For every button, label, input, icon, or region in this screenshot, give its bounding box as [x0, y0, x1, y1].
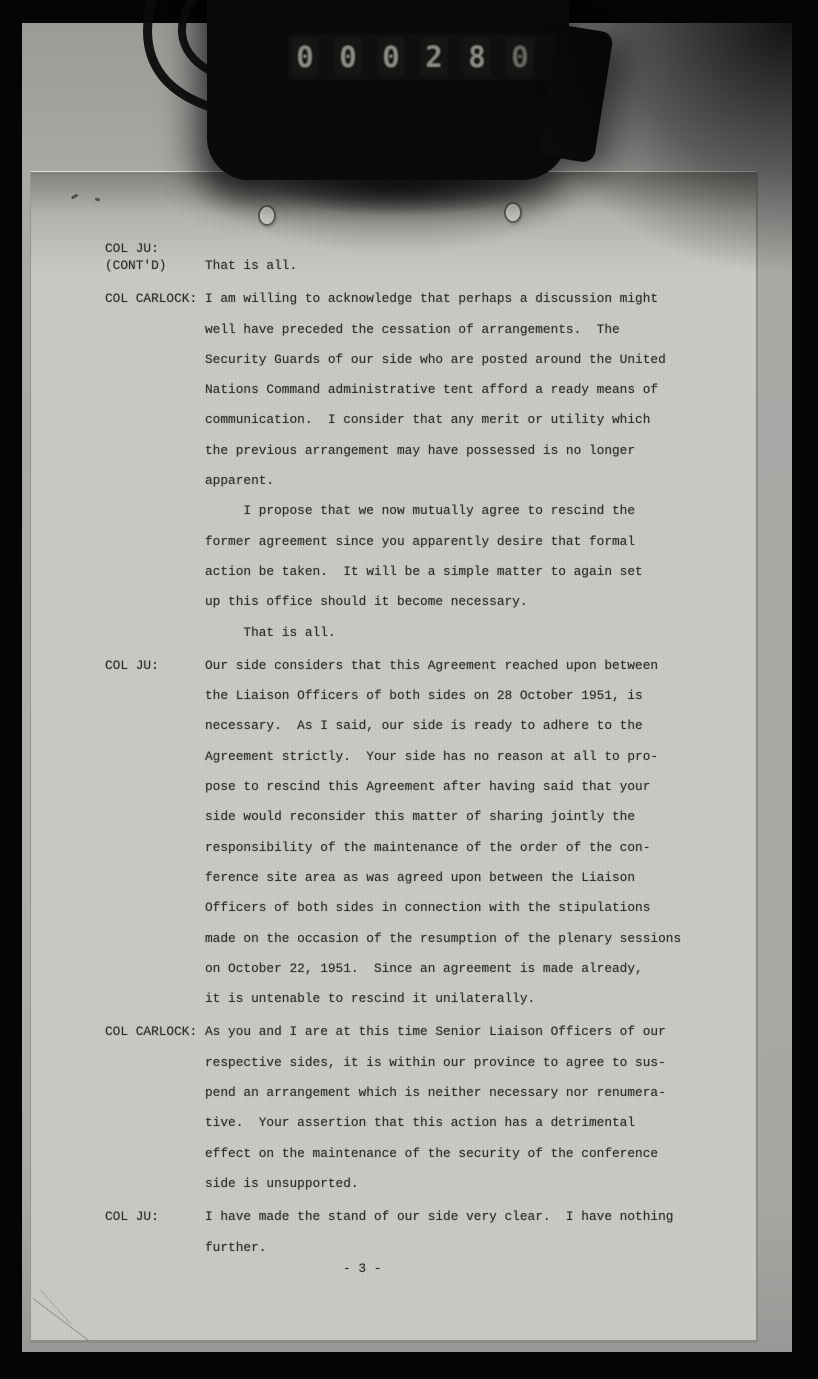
transcript-line: pose to rescind this Agreement after hav…: [205, 772, 756, 802]
transcript-line: communication. I consider that any merit…: [205, 405, 756, 435]
speaker-line: COL JU:: [105, 241, 166, 258]
transcript-line: ference site area as was agreed upon bet…: [205, 863, 756, 893]
speaker-line: (CONT'D): [105, 258, 166, 275]
speech-lines: That is all.: [205, 236, 756, 281]
counter-digit: 2: [420, 37, 448, 77]
punch-hole-left: [258, 205, 276, 226]
speech-lines: Our side considers that this Agreement r…: [205, 651, 756, 1015]
transcript-line: on October 22, 1951. Since an agreement …: [205, 954, 756, 984]
transcript-entry: COL JU:(CONT'D)That is all.: [31, 236, 756, 281]
transcript-line: action be taken. It will be a simple mat…: [205, 557, 756, 587]
transcript-line: further.: [205, 1233, 756, 1263]
pencil-mark: [71, 193, 78, 199]
transcript-line: responsibility of the maintenance of the…: [205, 833, 756, 863]
transcript-line: up this office should it become necessar…: [205, 587, 756, 617]
speech-lines: I have made the stand of our side very c…: [205, 1202, 756, 1263]
transcript-line: Security Guards of our side who are post…: [205, 345, 756, 375]
transcript-line: I propose that we now mutually agree to …: [205, 496, 756, 526]
transcript-line: tive. Your assertion that this action ha…: [205, 1108, 756, 1138]
transcript-line: the previous arrangement may have posses…: [205, 436, 756, 466]
film-counter-device: [207, 0, 569, 180]
microfilm-frame: COL JU:(CONT'D)That is all.COL CARLOCK:I…: [0, 0, 818, 1379]
transcript-entry: COL JU:I have made the stand of our side…: [31, 1202, 756, 1263]
transcript-line: Agreement strictly. Your side has no rea…: [205, 742, 756, 772]
transcript-line: Our side considers that this Agreement r…: [205, 651, 756, 681]
counter-digit: 8: [463, 37, 491, 77]
transcript-line: Nations Command administrative tent affo…: [205, 375, 756, 405]
transcript-line: I am willing to acknowledge that perhaps…: [205, 284, 756, 314]
transcript-line: it is untenable to rescind it unilateral…: [205, 984, 756, 1014]
transcript-line: necessary. As I said, our side is ready …: [205, 711, 756, 741]
transcript-line: the Liaison Officers of both sides on 28…: [205, 681, 756, 711]
transcript-entry: COL JU:Our side considers that this Agre…: [31, 651, 756, 1015]
document-page: COL JU:(CONT'D)That is all.COL CARLOCK:I…: [30, 171, 758, 1343]
speaker-line: COL JU:: [105, 1202, 159, 1232]
speaker-label: COL JU:: [105, 1202, 159, 1232]
transcript-line: pend an arrangement which is neither nec…: [205, 1078, 756, 1108]
speaker-label: COL JU:: [105, 651, 159, 681]
speaker-label: COL CARLOCK:: [105, 1017, 197, 1047]
transcript-line: That is all.: [205, 251, 756, 281]
pencil-mark: [95, 197, 101, 201]
corner-crease: [32, 1298, 89, 1341]
counter-digit: 0: [291, 37, 319, 77]
transcript-line: side is unsupported.: [205, 1169, 756, 1199]
transcript-line: effect on the maintenance of the securit…: [205, 1139, 756, 1169]
transcript: COL JU:(CONT'D)That is all.COL CARLOCK:I…: [31, 236, 756, 1263]
transcript-line: well have preceded the cessation of arra…: [205, 315, 756, 345]
speaker-line: COL CARLOCK:: [105, 284, 197, 314]
transcript-line: former agreement since you apparently de…: [205, 527, 756, 557]
punch-hole-right: [504, 202, 522, 223]
transcript-line: respective sides, it is within our provi…: [205, 1048, 756, 1078]
speaker-label: COL JU:(CONT'D): [105, 241, 166, 274]
counter-window: 000280: [288, 34, 560, 80]
transcript-line: apparent.: [205, 466, 756, 496]
counter-digit: 0: [377, 37, 405, 77]
transcript-entry: COL CARLOCK:As you and I are at this tim…: [31, 1017, 756, 1199]
counter-digit: 0: [334, 37, 362, 77]
speaker-line: COL CARLOCK:: [105, 1017, 197, 1047]
transcript-line: That is all.: [205, 618, 756, 648]
transcript-line: made on the occasion of the resumption o…: [205, 924, 756, 954]
speech-lines: I am willing to acknowledge that perhaps…: [205, 284, 756, 648]
page-number: - 3 -: [343, 1261, 381, 1276]
transcript-line: I have made the stand of our side very c…: [205, 1202, 756, 1232]
transcript-entry: COL CARLOCK:I am willing to acknowledge …: [31, 284, 756, 648]
speech-lines: As you and I are at this time Senior Lia…: [205, 1017, 756, 1199]
speaker-line: COL JU:: [105, 651, 159, 681]
transcript-line: As you and I are at this time Senior Lia…: [205, 1017, 756, 1047]
transcript-line: side would reconsider this matter of sha…: [205, 802, 756, 832]
counter-digit: 0: [506, 37, 534, 77]
transcript-line: Officers of both sides in connection wit…: [205, 893, 756, 923]
speaker-label: COL CARLOCK:: [105, 284, 197, 314]
